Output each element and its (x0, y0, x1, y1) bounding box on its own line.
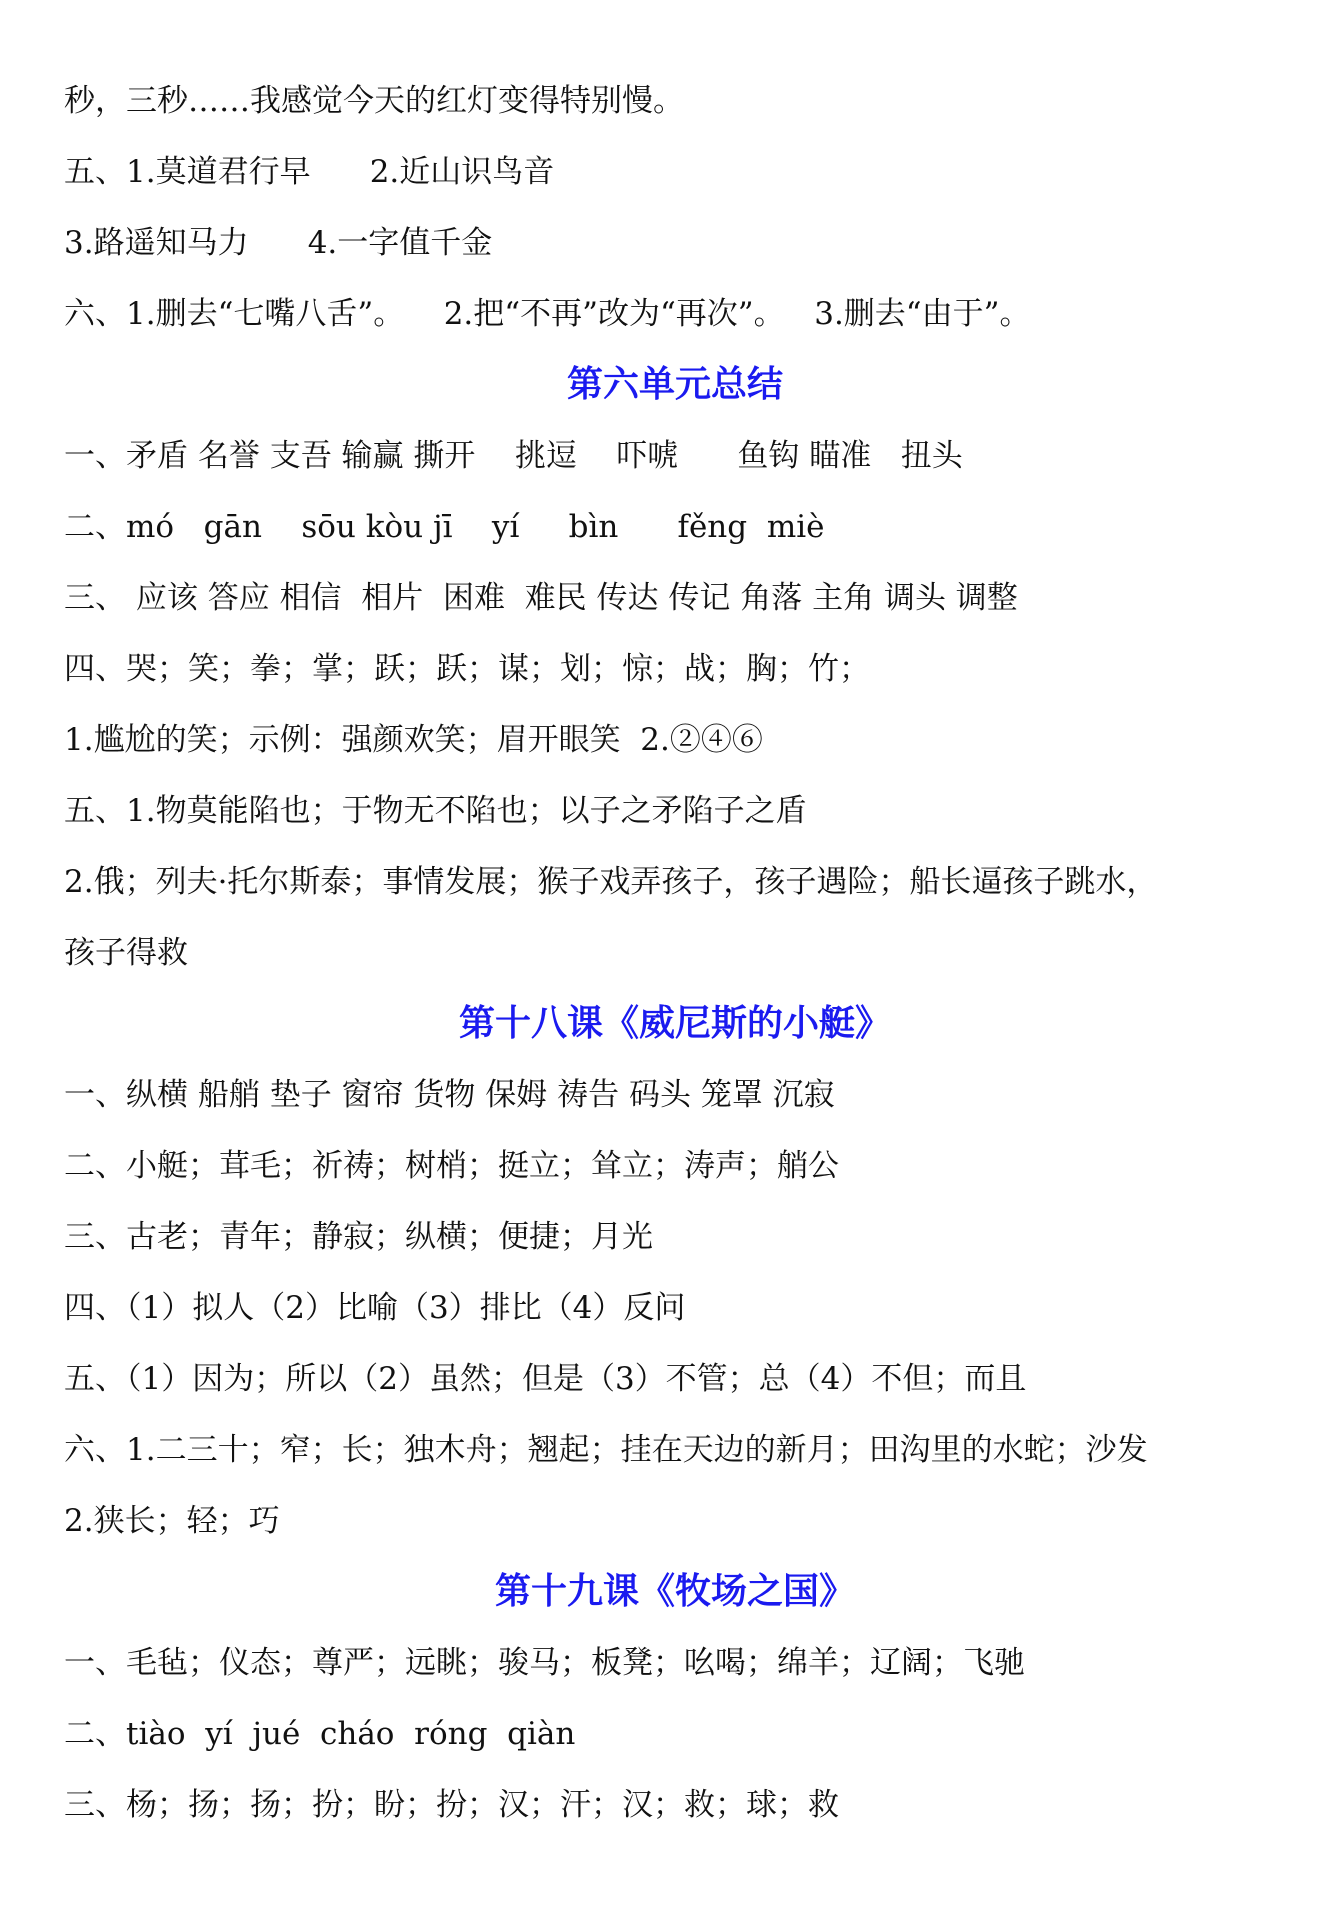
text-line: 六、1.二三十；窄；长；独木舟；翘起；挂在天边的新月；田沟里的水蛇；沙发 (64, 1421, 1314, 1492)
text-line: 一、毛毡；仪态；尊严；远眺；骏马；板凳；吆喝；绵羊；辽阔；飞驰 (64, 1634, 1314, 1705)
text-line: 二、mó gān sōu kòu jī yí bìn fěng miè (64, 498, 1314, 569)
text-line: 二、小艇；茸毛；祈祷；树梢；挺立；耸立；涛声；艄公 (64, 1137, 1314, 1208)
text-line: 六、1.删去“七嘴八舌”。 2.把“不再”改为“再次”。 3.删去“由于”。 (64, 285, 1314, 356)
text-line: 四、哭；笑；拳；掌；跃；跃；谋；划；惊；战；胸；竹； (64, 640, 1314, 711)
section-heading: 第六单元总结 (64, 356, 1286, 427)
text-line: 孩子得救 (64, 924, 1314, 995)
text-line: 五、1.物莫能陷也；于物无不陷也；以子之矛陷子之盾 (64, 782, 1314, 853)
text-line: 五、1.莫道君行早 2.近山识鸟音 (64, 143, 1314, 214)
text-line: 三、古老；青年；静寂；纵横；便捷；月光 (64, 1208, 1314, 1279)
text-line: 四、（1）拟人（2）比喻（3）排比（4）反问 (64, 1279, 1314, 1350)
text-line: 一、纵横 船艄 垫子 窗帘 货物 保姆 祷告 码头 笼罩 沉寂 (64, 1066, 1314, 1137)
text-line: 三、 应该 答应 相信 相片 困难 难民 传达 传记 角落 主角 调头 调整 (64, 569, 1314, 640)
section-heading: 第十九课《牧场之国》 (64, 1563, 1286, 1634)
text-line: 三、杨；扬；扬；扮；盼；扮；汉；汗；汉；救；球；救 (64, 1776, 1314, 1847)
text-line: 3.路遥知马力 4.一字值千金 (64, 214, 1314, 285)
document-page: 秒，三秒……我感觉今天的红灯变得特别慢。 五、1.莫道君行早 2.近山识鸟音 3… (64, 72, 1314, 1847)
text-line: 2.狭长；轻；巧 (64, 1492, 1314, 1563)
text-line: 秒，三秒……我感觉今天的红灯变得特别慢。 (64, 72, 1314, 143)
section-heading: 第十八课《威尼斯的小艇》 (64, 995, 1286, 1066)
text-line: 二、tiào yí jué cháo róng qiàn (64, 1705, 1314, 1776)
text-line: 1.尴尬的笑；示例：强颜欢笑；眉开眼笑 2.②④⑥ (64, 711, 1314, 782)
text-line: 五、（1）因为；所以（2）虽然；但是（3）不管；总（4）不但；而且 (64, 1350, 1314, 1421)
text-line: 一、矛盾 名誉 支吾 输赢 撕开 挑逗 吓唬 鱼钩 瞄准 扭头 (64, 427, 1314, 498)
text-line: 2.俄；列夫·托尔斯泰；事情发展；猴子戏弄孩子，孩子遇险；船长逼孩子跳水， (64, 853, 1314, 924)
